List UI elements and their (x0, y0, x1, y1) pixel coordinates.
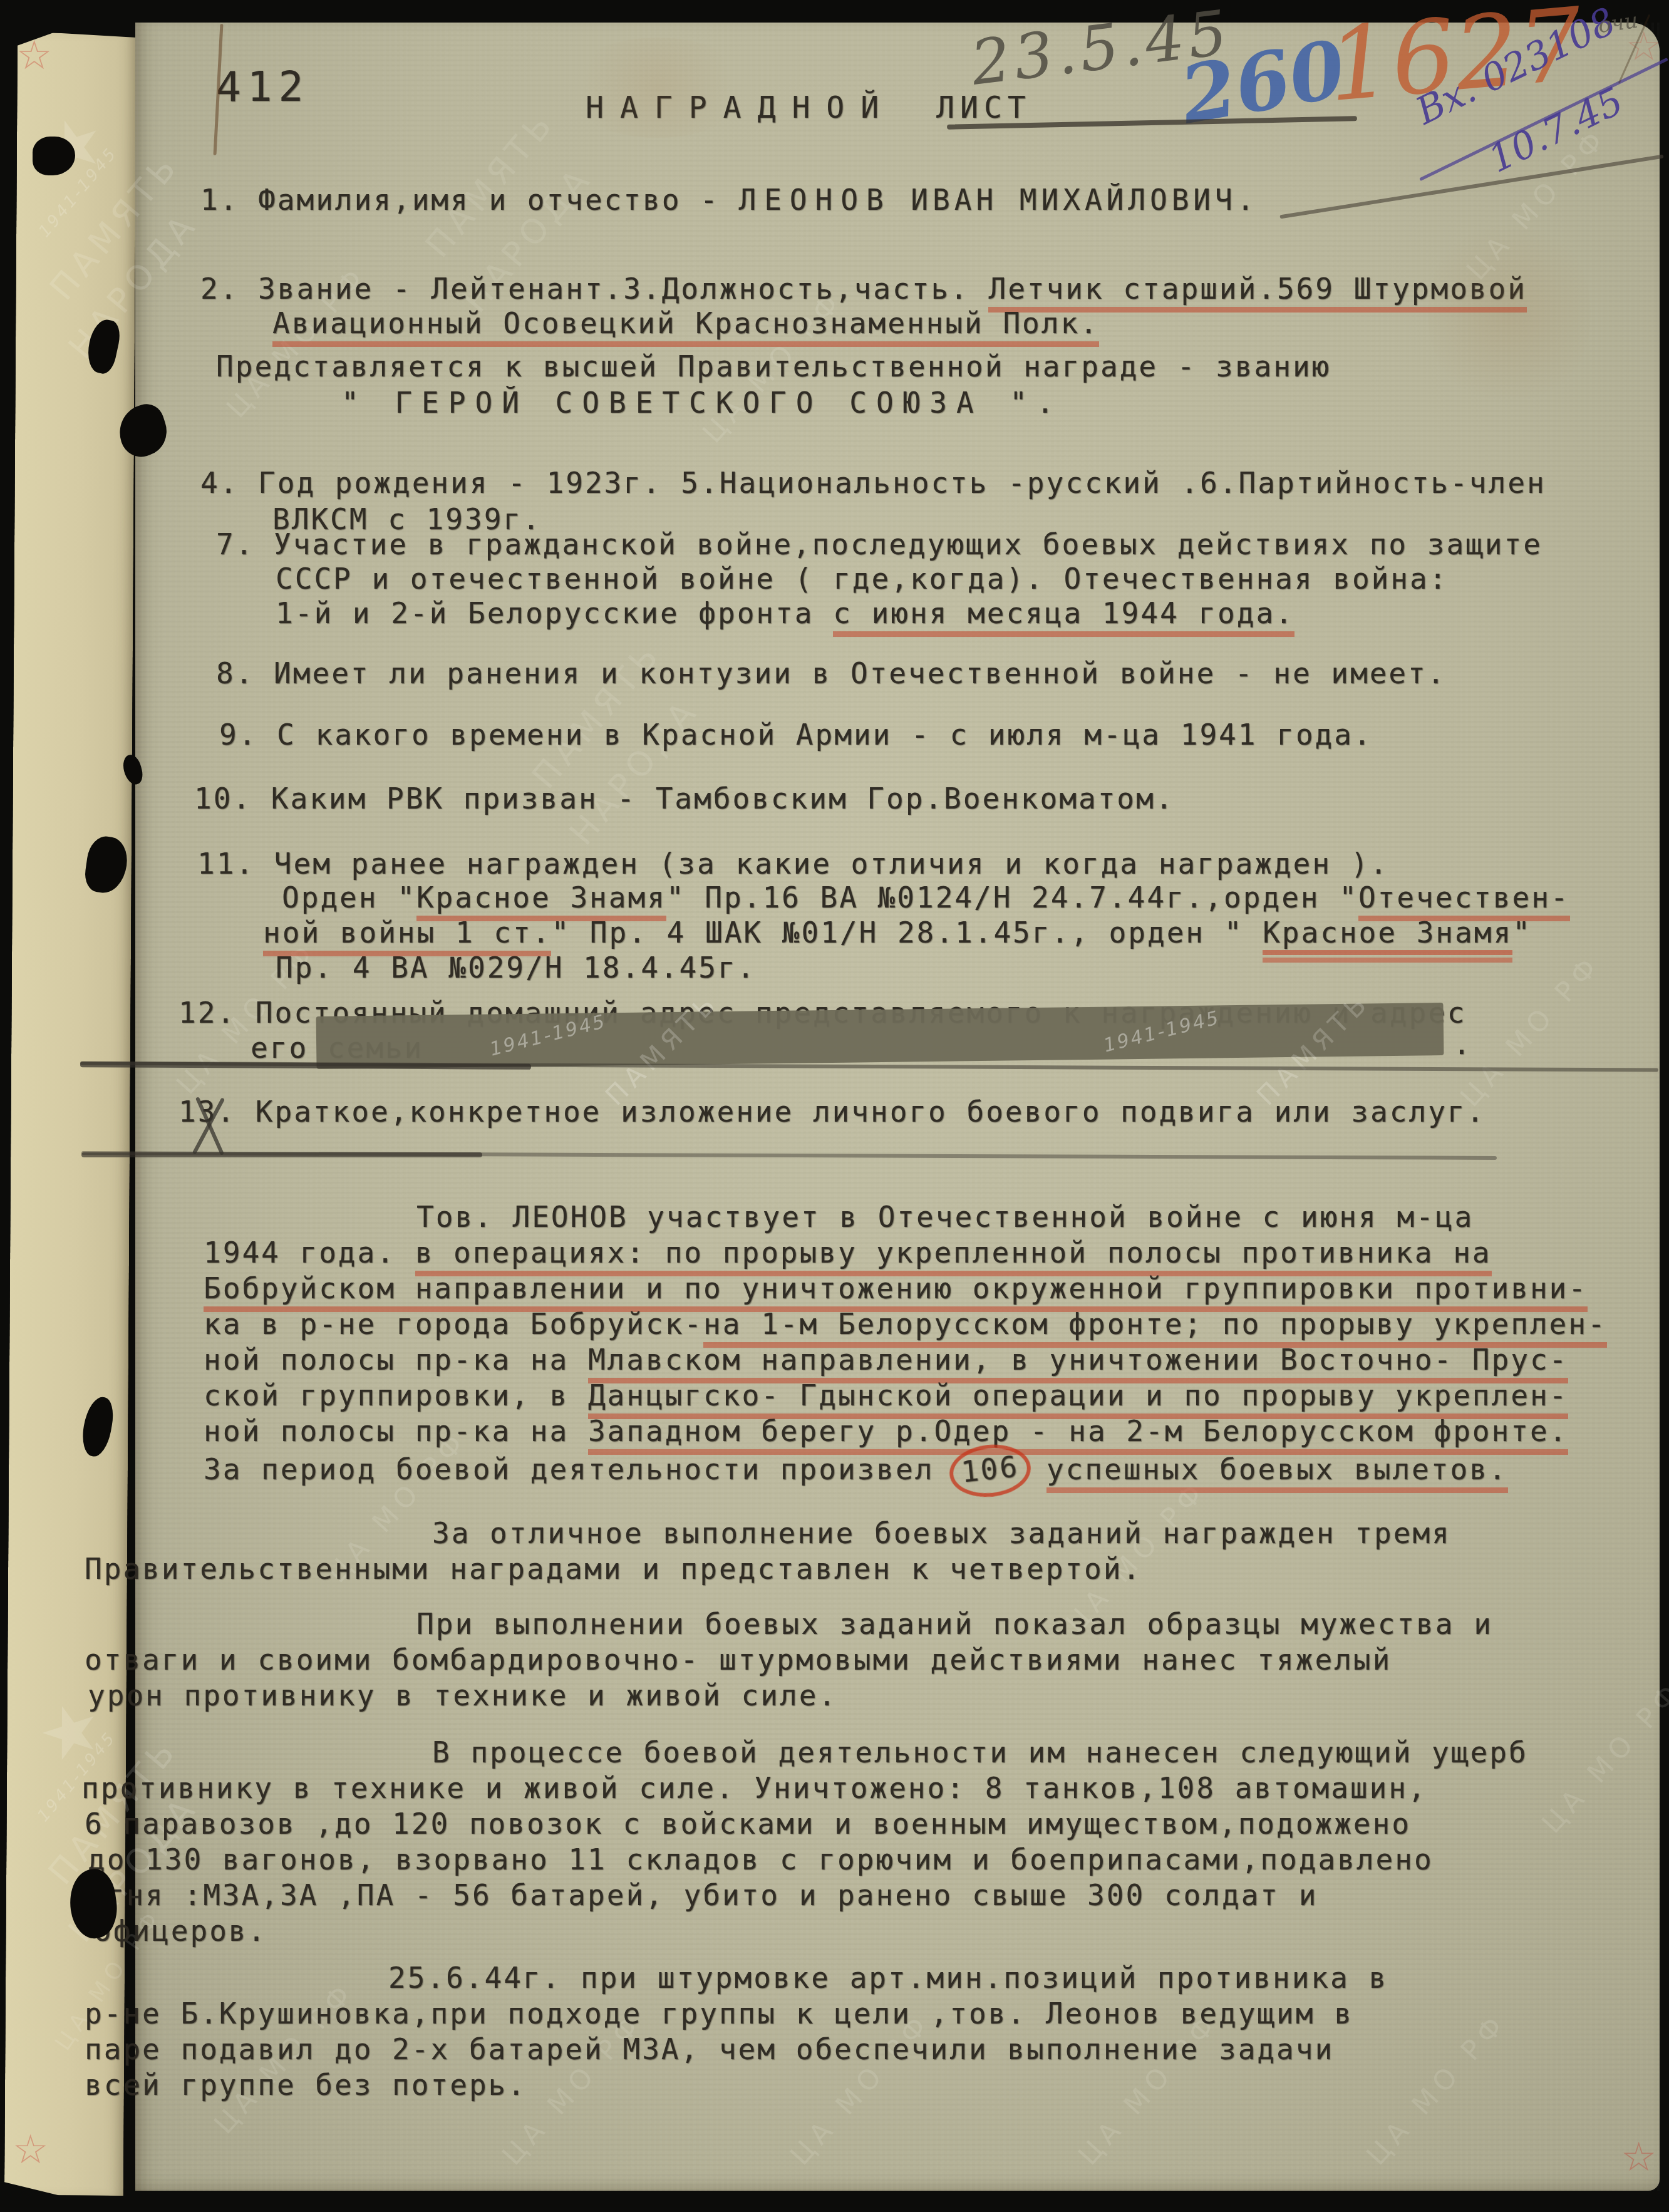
text-segment: ной полосы пр-ка на (204, 1414, 588, 1448)
text-segment: В процессе боевой деятельности им нанесе… (432, 1735, 1528, 1769)
citation-paragraph-line: паре подавил до 2-х батарей МЗА, чем обе… (85, 2035, 1334, 2064)
document-title: НАГРАДНОЙЛИСТ (586, 93, 1031, 123)
corner-star-icon: ☆ (16, 33, 52, 79)
field-13-citation-heading: 13. Краткое,конкретное изложение личного… (178, 1097, 1486, 1126)
text-segment: ка в р-не города Бобруйск- (204, 1307, 703, 1341)
field-4-5-6-birth-nationality-party: 4. Год рождения - 1923г. 5.Национальност… (200, 468, 1546, 497)
text-segment: паре подавил до 2-х батарей МЗА, чем обе… (85, 2032, 1334, 2066)
text-segment: За период боевой деятельности произвел (204, 1452, 953, 1486)
text-segment: 13. Краткое,конкретное изложение личного… (178, 1095, 1486, 1129)
text-segment: 10. Каким РВК призван - Тамбовским Гор.В… (194, 782, 1174, 815)
citation-paragraph-line: Тов. ЛЕОНОВ участвует в Отечественной во… (416, 1202, 1474, 1231)
citation-paragraph-line: противнику в технике и живой силе. Уничт… (81, 1774, 1427, 1802)
text-segment: " ГЕРОЙ СОВЕТСКОГО СОЮЗА ". (341, 386, 1063, 420)
text-segment: Красное Знамя (1263, 916, 1512, 963)
citation-paragraph-line: 1944 года. в операциях: по прорыву укреп… (204, 1238, 1492, 1267)
text-segment: Представляется к высшей Правительственно… (216, 349, 1331, 383)
field-11-prior-awards: Орден "Красное Знамя" Пр.16 ВА №0124/Н 2… (282, 883, 1570, 912)
nomination-statement: Представляется к высшей Правительственно… (216, 352, 1331, 381)
field-11-prior-awards: Пр. 4 ВА №029/Н 18.4.45г. (276, 953, 756, 982)
field-9-service-since: 9. С какого времени в Красной Армии - с … (219, 720, 1373, 749)
citation-paragraph-line: 25.6.44г. при штурмовке арт.мин.позиций … (388, 1963, 1388, 1992)
citation-paragraph-line: офицеров. (94, 1916, 267, 1945)
text-segment: 1-й и 2-й Белорусские фронта (276, 596, 833, 630)
field-11-prior-awards: 11. Чем ранее награжден (за какие отличи… (197, 849, 1389, 878)
text-segment: ЛЕОНОВ (738, 183, 891, 217)
text-segment: Авиационный Осовецкий Краснознаменный По… (272, 306, 1099, 347)
citation-paragraph-line: Бобруйском направлении и по уничтожению … (204, 1274, 1588, 1303)
text-segment: ной полосы пр-ка на (204, 1343, 588, 1377)
text-segment: " (1512, 916, 1532, 949)
text-segment: р-не Б.Крушиновка,при подходе группы к ц… (85, 1997, 1353, 2030)
citation-paragraph-line: Правительственными наградами и представл… (85, 1554, 1142, 1583)
text-segment: . (1453, 1027, 1472, 1061)
field-1-name: 1. Фамилия,имя и отчество - ЛЕОНОВ ИВАН … (200, 185, 1258, 214)
field-2-3-rank-unit: 2. Звание - Лейтенант.3.Должность,часть.… (200, 274, 1527, 303)
text-segment (892, 183, 911, 217)
text-segment: офицеров. (94, 1914, 267, 1948)
text-segment: до 130 вагонов, взорвано 11 складов с го… (88, 1842, 1434, 1876)
text-segment: 11. Чем ранее награжден (за какие отличи… (197, 847, 1389, 881)
citation-paragraph-line: ка в р-не города Бобруйск-на 1-м Белорус… (204, 1310, 1607, 1338)
document-title-main: НАГРАДНОЙ (586, 90, 895, 125)
text-segment: 2. Звание - Лейтенант.3.Должность,часть. (200, 272, 988, 306)
field-10-drafted-by: 10. Каким РВК призван - Тамбовским Гор.В… (194, 784, 1174, 813)
corner-star-icon: ☆ (1621, 2134, 1656, 2181)
citation-paragraph-line: р-не Б.Крушиновка,при подходе группы к ц… (85, 1999, 1353, 2028)
text-segment: Западном берегу р.Одер - на 2-м Белорусс… (588, 1414, 1568, 1455)
text-segment: огня :МЗА,ЗА ,ПА - 56 батарей, убито и р… (88, 1878, 1318, 1912)
citation-paragraph-line: отваги и своими бомбардировочно- штурмов… (85, 1645, 1392, 1674)
text-segment: 4. Год рождения - 1923г. 5.Национальност… (200, 466, 1546, 500)
field-11-prior-awards: ной войны 1 ст." Пр. 4 ШАК №01/Н 28.1.45… (263, 918, 1532, 947)
field-7-war-participation: 7. Участие в гражданской войне,последующ… (216, 530, 1542, 559)
text-segment: в операциях: по прорыву укрепленной поло… (415, 1236, 1492, 1276)
text-segment: на 1-м Белорусском фронте; по прорыву ук… (703, 1307, 1607, 1348)
page-number: 412 (216, 66, 309, 108)
scanned-award-sheet: ☆ ☆ ☆ ☆ ЦА МО РФ ЦА МО РФ ЦА МО РФ ЦА МО… (0, 0, 1669, 2212)
text-segment: Правительственными наградами и представл… (85, 1552, 1142, 1586)
citation-paragraph-line: В процессе боевой деятельности им нанесе… (432, 1738, 1528, 1767)
citation-paragraph-line: При выполнении боевых заданий показал об… (416, 1610, 1493, 1638)
text-segment: 7. Участие в гражданской войне,последующ… (216, 527, 1542, 561)
text-segment: 1944 года. (204, 1236, 415, 1269)
citation-sorties-line: За период боевой деятельности произвел 1… (204, 1452, 1508, 1489)
text-segment: Бобруйском направлении и по уничтожению … (204, 1271, 1588, 1312)
citation-paragraph-line: ской группировки, в Данцыгско- Гдынской … (204, 1381, 1568, 1410)
field-7-war-participation: СССР и отечественной войне ( где,когда).… (276, 564, 1448, 593)
citation-paragraph-line: всей группе без потерь. (85, 2070, 527, 2099)
field-2-3-rank-unit: Авиационный Осовецкий Краснознаменный По… (272, 309, 1099, 338)
field-7-war-participation: 1-й и 2-й Белорусские фронта с июня меся… (276, 599, 1294, 628)
pencil-rule (81, 1152, 482, 1157)
text-segment: успешных боевых вылетов. (1046, 1452, 1508, 1493)
text-segment: ИВАН МИХАЙЛОВИЧ. (911, 183, 1258, 217)
citation-paragraph-line: урон противнику в технике и живой силе. (88, 1681, 837, 1710)
text-segment: Тов. ЛЕОНОВ участвует в Отечественной во… (416, 1200, 1474, 1234)
corner-star-icon: ☆ (13, 2127, 48, 2173)
text-segment: противнику в технике и живой силе. Уничт… (81, 1771, 1427, 1805)
field-8-wounds: 8. Имеет ли ранения и контузии в Отечест… (216, 659, 1446, 688)
text-segment: " Пр.16 ВА №0124/Н 24.7.44г.,орден " (666, 881, 1358, 914)
text-segment: всей группе без потерь. (85, 2068, 527, 2102)
text-segment: 25.6.44г. при штурмовке арт.мин.позиций … (388, 1961, 1388, 1995)
text-segment: 6 паравозов ,до 120 повозок с войсками и… (85, 1807, 1411, 1841)
text-segment: Пр. 4 ВА №029/Н 18.4.45г. (276, 951, 756, 985)
text-segment: Млавском направлении, в уничтожении Вост… (588, 1343, 1568, 1383)
text-segment: Данцыгско- Гдынской операции и по прорыв… (588, 1378, 1568, 1419)
text-segment: СССР и отечественной войне ( где,когда).… (276, 562, 1448, 596)
text-segment: с июня месяца 1944 года. (833, 596, 1294, 637)
citation-paragraph-line: огня :МЗА,ЗА ,ПА - 56 батарей, убито и р… (88, 1881, 1318, 1910)
citation-paragraph-line: до 130 вагонов, взорвано 11 складов с го… (88, 1845, 1434, 1874)
text-segment: 9. С какого времени в Красной Армии - с … (219, 718, 1373, 752)
text-segment: При выполнении боевых заданий показал об… (416, 1607, 1493, 1641)
text-segment: " Пр. 4 ШАК №01/Н 28.1.45г., орден " (551, 916, 1263, 949)
text-segment: 1. Фамилия,имя и отчество - (200, 183, 738, 217)
text-segment: ской группировки, в (204, 1378, 588, 1412)
citation-paragraph-line: 6 паравозов ,до 120 повозок с войсками и… (85, 1809, 1411, 1838)
field-12-home-address: . (1453, 1030, 1472, 1058)
citation-paragraph-line: За отличное выполнение боевых заданий на… (432, 1519, 1451, 1548)
citation-paragraph-line: ной полосы пр-ка на Западном берегу р.Од… (204, 1417, 1568, 1445)
text-segment: отваги и своими бомбардировочно- штурмов… (85, 1643, 1392, 1677)
nomination-award-title: " ГЕРОЙ СОВЕТСКОГО СОЮЗА ". (341, 388, 1063, 417)
text-segment: урон противнику в технике и живой силе. (88, 1678, 837, 1712)
text-segment: 8. Имеет ли ранения и контузии в Отечест… (216, 656, 1446, 690)
text-segment: Орден " (282, 881, 416, 914)
annotation-pencil-note: очи (1597, 10, 1640, 37)
text-segment: За отличное выполнение боевых заданий на… (432, 1516, 1451, 1550)
citation-paragraph-line: ной полосы пр-ка на Млавском направлении… (204, 1345, 1568, 1374)
